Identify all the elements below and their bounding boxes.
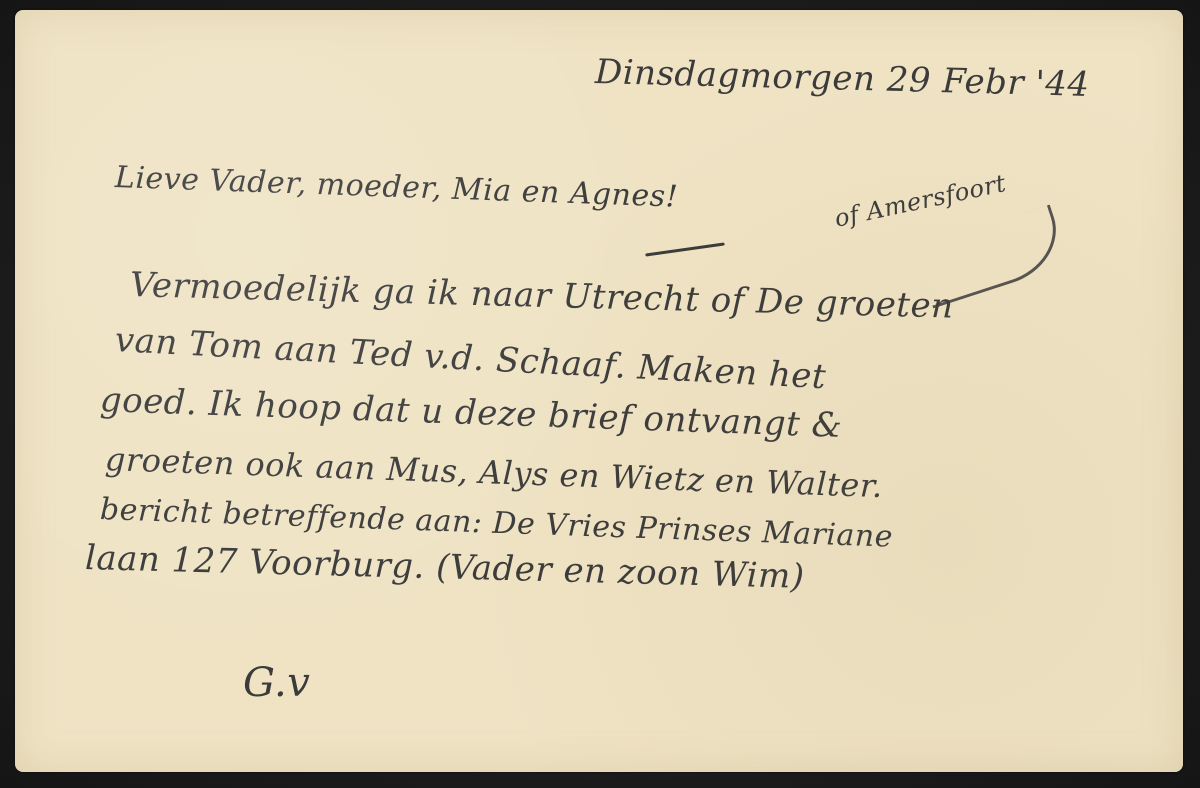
body-line-1: Vermoedelijk ga ik naar Utrecht of De gr… <box>129 265 954 327</box>
date-line: Dinsdagmorgen 29 Febr '44 <box>594 52 1090 105</box>
salutation: Lieve Vader, moeder, Mia en Agnes! <box>114 160 678 215</box>
inserted-text: of Amersfoort <box>832 169 1008 233</box>
underline-stroke <box>645 242 725 256</box>
postcard: Dinsdagmorgen 29 Febr '44 Lieve Vader, m… <box>15 10 1183 772</box>
signature: G.v <box>243 660 310 706</box>
